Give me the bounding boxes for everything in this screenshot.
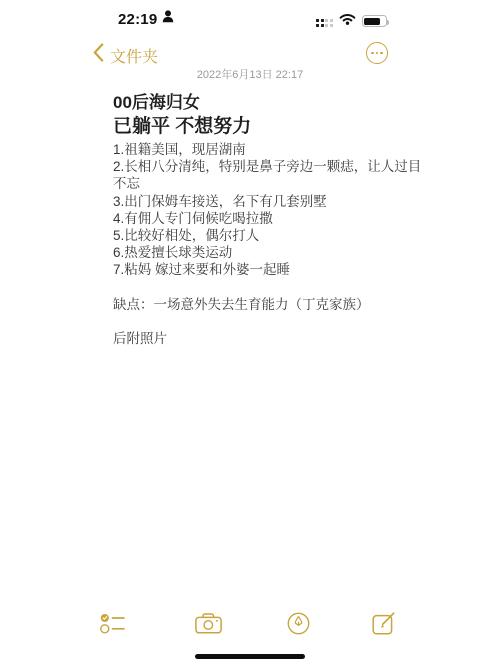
status-bar-right — [316, 12, 387, 30]
note-line: 1.祖籍美国，现居湖南 — [113, 141, 405, 158]
note-subtitle: 已躺平 不想努力 — [113, 111, 251, 138]
notes-app-screen: 22:19 — [0, 0, 500, 667]
note-line: 不忘 — [113, 175, 405, 192]
home-indicator[interactable] — [195, 654, 305, 659]
wifi-icon — [339, 12, 356, 30]
more-options-button[interactable] — [366, 42, 388, 64]
note-line: 7.粘妈 嫁过来要和外婆一起睡 — [113, 261, 405, 278]
camera-button[interactable] — [191, 608, 225, 638]
note-title: 00后海归女 — [113, 88, 200, 113]
markup-pen-button[interactable] — [281, 608, 315, 638]
ellipsis-icon — [371, 52, 374, 55]
battery-icon — [362, 15, 387, 27]
back-button-label: 文件夹 — [110, 44, 158, 67]
note-line: 6.热爱擅长球类运动 — [113, 244, 405, 261]
note-line: 2.长相八分清纯，特别是鼻子旁边一颗痣，让人过目 — [113, 158, 405, 175]
note-line: 5.比较好相处，偶尔打人 — [113, 227, 405, 244]
notes-toolbar — [80, 608, 420, 638]
note-line: 缺点：一场意外失去生育能力（丁克家族） — [113, 296, 405, 313]
back-button[interactable]: 文件夹 — [93, 43, 158, 67]
chevron-left-icon — [93, 43, 104, 67]
person-icon — [162, 10, 174, 28]
note-line: 4.有佣人专门伺候吃喝拉撒 — [113, 210, 405, 227]
note-line — [113, 313, 405, 330]
note-body-text[interactable]: 1.祖籍美国，现居湖南2.长相八分清纯，特别是鼻子旁边一颗痣，让人过目不忘3.出… — [113, 141, 405, 347]
note-timestamp: 2022年6月13日 22:17 — [0, 66, 500, 82]
compose-button[interactable] — [367, 608, 401, 638]
status-bar-left: 22:19 — [118, 10, 174, 28]
checklist-button[interactable] — [96, 608, 130, 638]
note-line — [113, 279, 405, 296]
cellular-signal-icon — [316, 16, 333, 27]
note-line: 3.出门保姆车接送，名下有几套别墅 — [113, 193, 405, 210]
clock: 22:19 — [118, 11, 157, 28]
note-line: 后附照片 — [113, 330, 405, 347]
